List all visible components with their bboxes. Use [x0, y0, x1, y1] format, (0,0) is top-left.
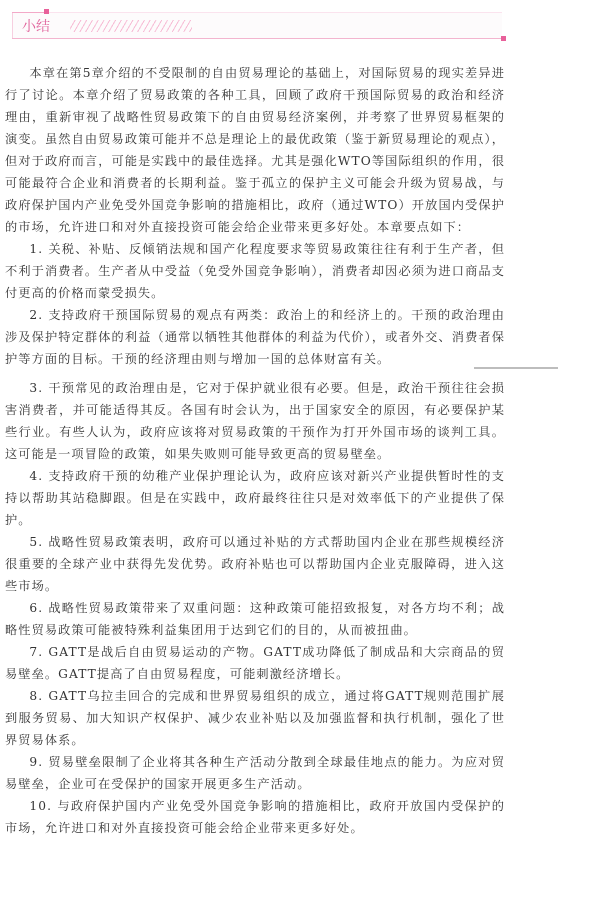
- header-square-marker-icon: [44, 9, 49, 14]
- intro-paragraph: 本章在第5章介绍的不受限制的自由贸易理论的基础上，对国际贸易的现实差异进行了讨论…: [5, 62, 505, 238]
- section-title: 小结: [22, 16, 50, 36]
- point-5: 5. 战略性贸易政策表明，政府可以通过补贴的方式帮助国内企业在那些规模经济很重要…: [5, 531, 505, 597]
- header-corner-marker-icon: [501, 36, 506, 41]
- point-1: 1. 关税、补贴、反倾销法规和国产化程度要求等贸易政策往往有利于生产者，但不利于…: [5, 238, 505, 304]
- point-8: 8. GATT乌拉圭回合的完成和世界贸易组织的成立，通过将GATT规则范围扩展到…: [5, 685, 505, 751]
- header-bottom-line: [12, 38, 502, 39]
- hatch-decoration-icon: [70, 20, 192, 32]
- point-4: 4. 支持政府干预的幼稚产业保护理论认为，政府应该对新兴产业提供暂时性的支持以帮…: [5, 465, 505, 531]
- point-2: 2. 支持政府干预国际贸易的观点有两类：政治上的和经济上的。干预的政治理由涉及保…: [5, 304, 505, 370]
- point-9: 9. 贸易壁垒限制了企业将其各种生产活动分散到全球最佳地点的能力。为应对贸易壁垒…: [5, 751, 505, 795]
- point-10: 10. 与政府保护国内产业免受外国竞争影响的措施相比，政府开放国内受保护的市场，…: [5, 795, 505, 839]
- summary-block-2: 3. 干预常见的政治理由是，它对于保护就业很有必要。但是，政治干预往往会损害消费…: [5, 377, 505, 839]
- point-7: 7. GATT是战后自由贸易运动的产物。GATT成功降低了制成品和大宗商品的贸易…: [5, 641, 505, 685]
- point-6: 6. 战略性贸易政策带来了双重问题：这种政策可能招致报复，对各方均不利；战略性贸…: [5, 597, 505, 641]
- header-top-line: [12, 12, 46, 13]
- footnote-divider: [474, 367, 558, 369]
- summary-block-1: 本章在第5章介绍的不受限制的自由贸易理论的基础上，对国际贸易的现实差异进行了讨论…: [5, 62, 505, 370]
- point-3: 3. 干预常见的政治理由是，它对于保护就业很有必要。但是，政治干预往往会损害消费…: [5, 377, 505, 465]
- section-header: 小结: [12, 12, 502, 39]
- header-left-border: [12, 13, 13, 39]
